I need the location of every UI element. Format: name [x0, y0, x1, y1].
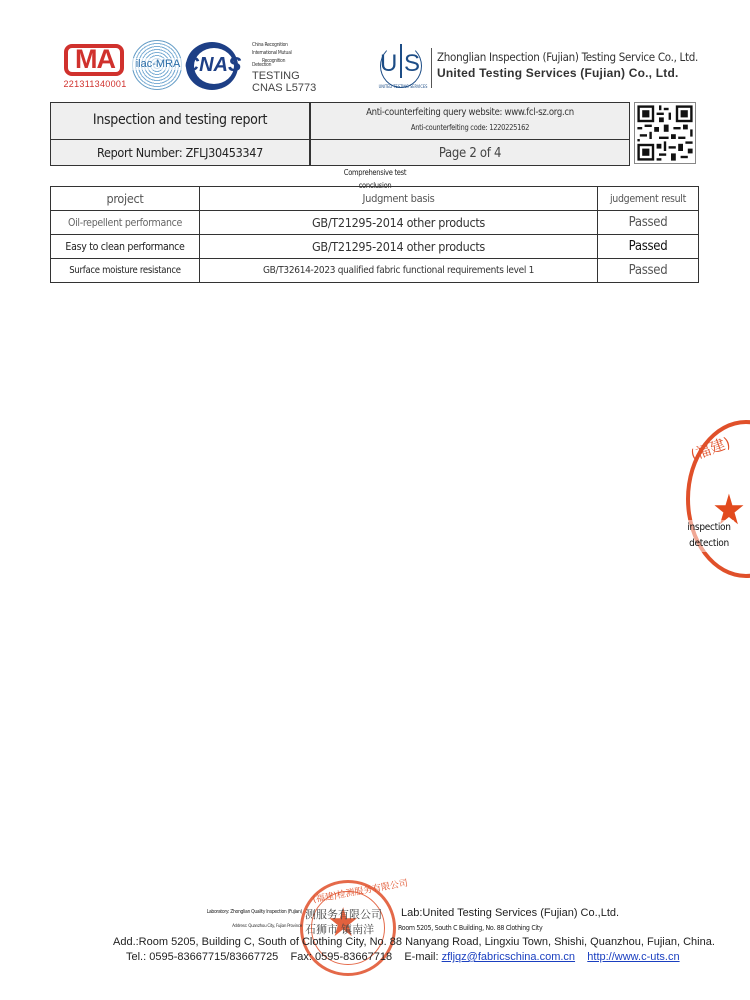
- uts-letters: U S: [380, 50, 420, 78]
- footer-tel: Tel.: 0595-83667715/83667725: [126, 951, 278, 963]
- seal-caption-line: inspection: [684, 520, 734, 536]
- cnas-logo: CNAS: [182, 42, 244, 90]
- cma-letters: MA: [62, 44, 128, 75]
- project-cell: Oil-repellent performance: [51, 211, 200, 235]
- company-name-line2: United Testing Services (Fujian) Co., Lt…: [437, 66, 679, 80]
- cnas-line: International Mutual: [252, 49, 332, 57]
- report-number: Report Number: ZFLJ30453347: [51, 145, 309, 160]
- cnas-line: Detection: [252, 61, 332, 69]
- basis-cell: GB/T21295-2014 other products: [200, 235, 598, 259]
- uts-logo-sub: UNITED TESTING SERVICES: [378, 84, 428, 89]
- cnas-accreditation: TESTING CNAS L5773: [252, 70, 316, 94]
- project-cell: Surface moisture resistance: [51, 259, 200, 283]
- cnas-line: China Recognition: [252, 41, 332, 49]
- cnas-testing-label: TESTING: [252, 70, 316, 82]
- uts-logo: U S UNITED TESTING SERVICES: [378, 40, 428, 92]
- table-row: Surface moisture resistance GB/T32614-20…: [51, 259, 699, 283]
- footer-chinese-line2: 石狮市 镇南洋: [305, 921, 374, 937]
- footer-website-link[interactable]: http://www.c-uts.cn: [587, 951, 679, 963]
- header-judgement-result: judgement result: [598, 187, 699, 211]
- logo-divider: [431, 48, 432, 88]
- header-project: project: [51, 187, 200, 211]
- basis-cell: GB/T32614-2023 qualified fabric function…: [200, 259, 598, 283]
- anti-counterfeit-website: Anti-counterfeiting query website: www.f…: [311, 107, 629, 118]
- footer-email-link[interactable]: zfljqz@fabricschina.com.cn: [442, 951, 575, 963]
- company-name-line1: Zhonglian Inspection (Fujian) Testing Se…: [437, 50, 698, 64]
- seal-caption-line: detection: [684, 536, 734, 552]
- qr-code-icon: [635, 103, 695, 163]
- cnas-number: CNAS L5773: [252, 82, 316, 94]
- table-row: Oil-repellent performance GB/T21295-2014…: [51, 211, 699, 235]
- result-cell: Passed: [598, 235, 699, 259]
- cma-number: 221311340001: [62, 79, 128, 89]
- ilac-mra-logo: ilac-MRA: [132, 40, 182, 90]
- results-table: project Judgment basis judgement result …: [50, 186, 699, 283]
- footer-address-translated: Address: Quanzhou City, Fujian Province: [110, 924, 302, 929]
- basis-cell: GB/T21295-2014 other products: [200, 211, 598, 235]
- footer-contact: Tel.: 0595-83667715/83667725 Fax: 0595-8…: [126, 951, 680, 963]
- project-cell: Easy to clean performance: [51, 235, 200, 259]
- footer-chinese-line1: 测服务有限公司: [305, 906, 382, 922]
- report-header-table: Inspection and testing report Report Num…: [50, 102, 630, 166]
- footer-lab-translated: Laboratory: Zhonglian Quality Inspection…: [110, 909, 302, 915]
- footer-lab-name: Lab:United Testing Services (Fujian) Co.…: [401, 907, 619, 919]
- cnas-logo-text: CNAS: [182, 54, 244, 77]
- report-title: Inspection and testing report: [51, 112, 309, 128]
- table-header-row: project Judgment basis judgement result: [51, 187, 699, 211]
- page-indicator: Page 2 of 4: [311, 146, 629, 161]
- footer-fax: Fax: 0595-83667718: [291, 951, 393, 963]
- cnas-small-text: China Recognition International Mutual R…: [252, 41, 332, 69]
- result-cell: Passed: [598, 259, 699, 283]
- footer-address-small: Room 5205, South C Building, No. 88 Clot…: [398, 924, 542, 932]
- footer-email-label: E-mail:: [404, 951, 438, 963]
- footer-address: Add.:Room 5205, Building C, South of Clo…: [0, 936, 750, 948]
- table-row: Easy to clean performance GB/T21295-2014…: [51, 235, 699, 259]
- seal-caption: inspection detection: [684, 520, 734, 552]
- qr-code[interactable]: [634, 102, 696, 164]
- result-cell: Passed: [598, 211, 699, 235]
- ilac-label: ilac-MRA: [131, 58, 185, 70]
- cma-logo: MA 221311340001: [62, 42, 128, 90]
- anti-counterfeit-code: Anti-counterfeiting code: 1220225162: [311, 123, 629, 132]
- header-judgment-basis: Judgment basis: [200, 187, 598, 211]
